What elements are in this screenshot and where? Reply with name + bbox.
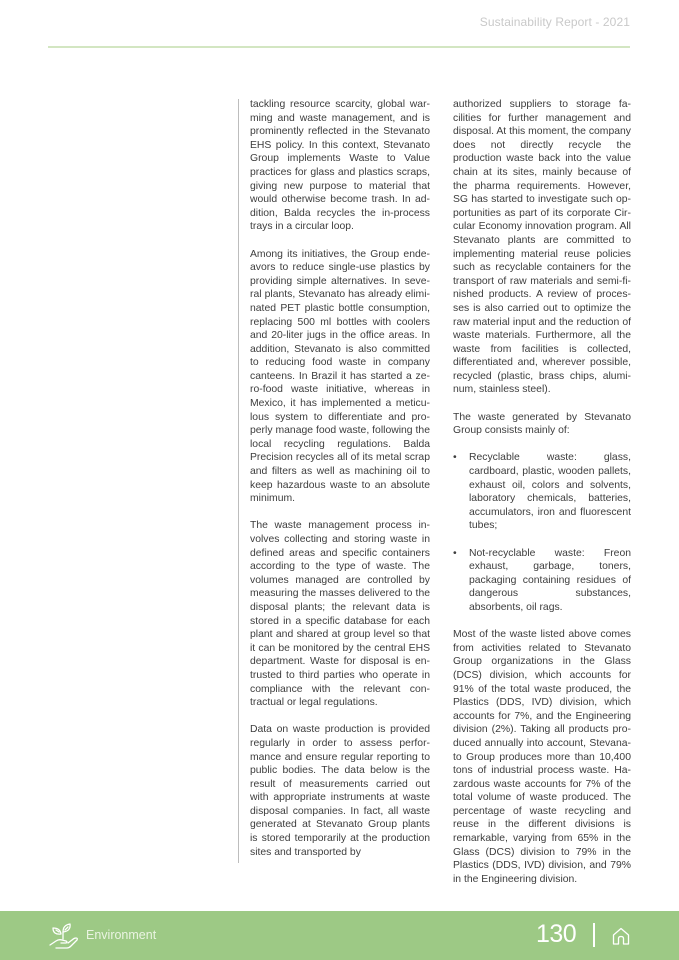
report-title: Sustainability Report - 2021 [480, 15, 630, 29]
paragraph: The waste generated by Stevanato Group c… [453, 411, 631, 438]
bullet-icon: • [453, 451, 457, 465]
paragraph: tackling resource scarcity, global war­m… [250, 98, 430, 234]
footer-separator [593, 923, 595, 947]
paragraph: The waste management process in­volves c… [250, 519, 430, 709]
page-number: 130 [536, 920, 576, 949]
list-item-text: Not-recyclable waste: Freon exhaust, gar… [469, 548, 631, 613]
list-item: • Recyclable waste: glass, cardboard, pl… [453, 451, 631, 533]
footer-bar: Environment 130 [0, 911, 679, 960]
column-divider [238, 99, 239, 863]
paragraph: authorized suppliers to storage fa­cilit… [453, 98, 631, 397]
section-label: Environment [86, 928, 156, 942]
waste-types-list: • Recyclable waste: glass, cardboard, pl… [453, 451, 631, 614]
plant-in-hand-icon [47, 921, 79, 951]
left-text-column: tackling resource scarcity, global war­m… [250, 98, 430, 873]
paragraph: Most of the waste listed above co­mes fr… [453, 628, 631, 886]
paragraph: Data on waste production is provided reg… [250, 723, 430, 859]
header-divider [48, 46, 630, 48]
right-text-column: authorized suppliers to storage fa­cilit… [453, 98, 631, 900]
list-item-text: Recyclable waste: glass, cardboard, plas… [469, 452, 631, 531]
home-icon[interactable] [611, 926, 631, 946]
list-item: • Not-recyclable waste: Freon exhaust, g… [453, 547, 631, 615]
paragraph: Among its initiatives, the Group ende­av… [250, 248, 430, 506]
bullet-icon: • [453, 547, 457, 561]
